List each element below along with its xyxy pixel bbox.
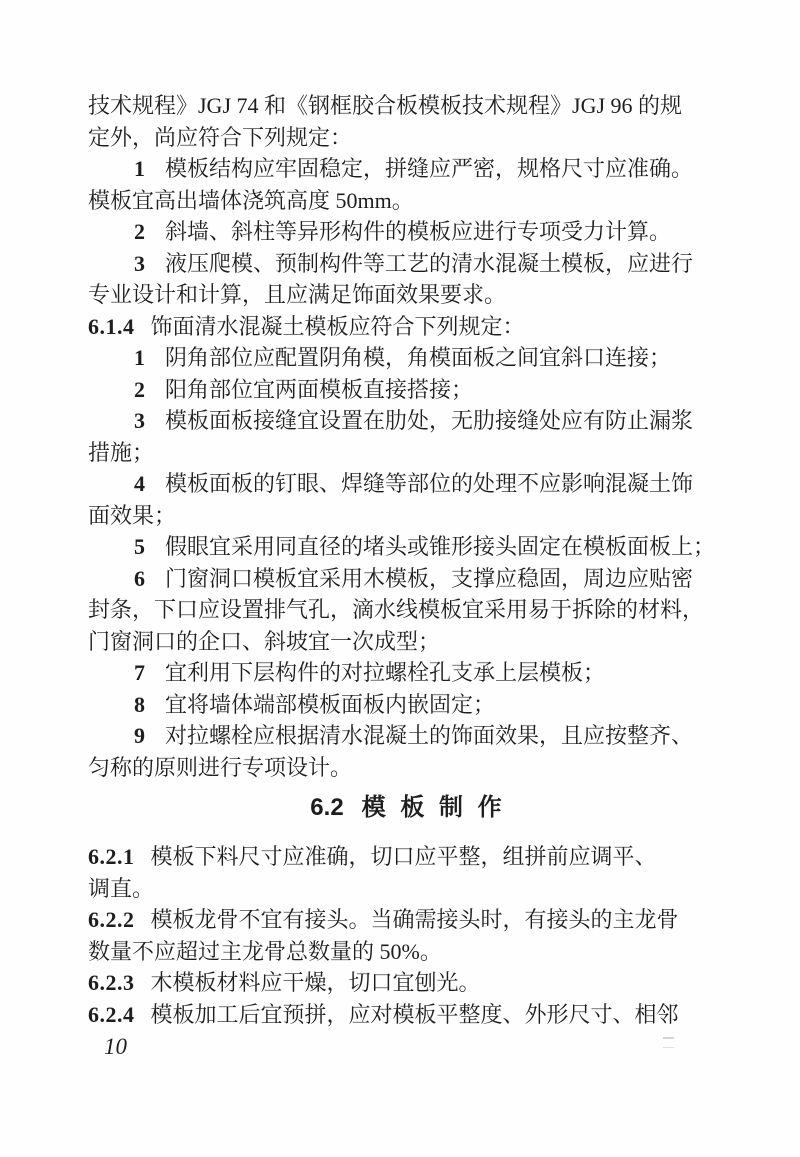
line-text: 模板面板的钉眼、焊缝等部位的处理不应影响混凝土饰 xyxy=(165,471,693,496)
list-item-line: 2斜墙、斜柱等异形构件的模板应进行专项受力计算。 xyxy=(88,216,728,248)
line-text: 液压爬模、预制构件等工艺的清水混凝土模板，应进行 xyxy=(165,251,693,276)
item-number: 8 xyxy=(134,692,145,717)
item-number: 4 xyxy=(134,471,145,496)
section-heading: 6.2模 板 制 作 xyxy=(88,791,728,825)
item-number: 6 xyxy=(134,566,145,591)
clause-line: 6.2.2模板龙骨不宜有接头。当确需接头时，有接头的主龙骨 xyxy=(88,904,728,936)
line-text: 措施； xyxy=(88,440,154,465)
list-item-line: 1模板结构应牢固稳定，拼缝应严密，规格尺寸应准确。 xyxy=(88,153,728,185)
line-text: 对拉螺栓应根据清水混凝土的饰面效果，且应按整齐、 xyxy=(165,723,693,748)
document-body: 技术规程》JGJ 74 和《钢框胶合板模板技术规程》JGJ 96 的规定外，尚应… xyxy=(88,90,728,1030)
line-text: 木模板材料应干燥，切口宜刨光。 xyxy=(151,970,481,995)
line-text: 调直。 xyxy=(88,876,154,901)
clause-line: 6.2.4模板加工后宜预拼，应对模板平整度、外形尺寸、相邻 xyxy=(88,999,728,1031)
text-line: 模板宜高出墙体浇筑高度 50mm。 xyxy=(88,185,728,217)
list-item-line: 3液压爬模、预制构件等工艺的清水混凝土模板，应进行 xyxy=(88,248,728,280)
clause-number: 6.2.3 xyxy=(88,970,135,995)
line-text: 假眼宜采用同直径的堵头或锥形接头固定在模板面板上； xyxy=(165,534,715,559)
text-line: 门窗洞口的企口、斜坡宜一次成型； xyxy=(88,626,728,658)
item-number: 3 xyxy=(134,408,145,433)
clause-number: 6.2.1 xyxy=(88,844,135,869)
clause-number: 6.2 xyxy=(310,794,343,821)
item-number: 3 xyxy=(134,251,145,276)
text-line: 专业设计和计算，且应满足饰面效果要求。 xyxy=(88,279,728,311)
clause-number: 6.2.4 xyxy=(88,1002,135,1027)
list-item-line: 5假眼宜采用同直径的堵头或锥形接头固定在模板面板上； xyxy=(88,531,728,563)
clause-line: 6.2.3木模板材料应干燥，切口宜刨光。 xyxy=(88,967,728,999)
item-number: 5 xyxy=(134,534,145,559)
list-item-line: 4模板面板的钉眼、焊缝等部位的处理不应影响混凝土饰 xyxy=(88,468,728,500)
item-number: 1 xyxy=(134,156,145,181)
line-text: 模板宜高出墙体浇筑高度 50mm。 xyxy=(88,188,414,213)
line-text: 专业设计和计算，且应满足饰面效果要求。 xyxy=(88,282,506,307)
line-text: 技术规程》JGJ 74 和《钢框胶合板模板技术规程》JGJ 96 的规 xyxy=(88,93,682,118)
item-number: 1 xyxy=(134,345,145,370)
line-text: 斜墙、斜柱等异形构件的模板应进行专项受力计算。 xyxy=(165,219,671,244)
line-text: 匀称的原则进行专项设计。 xyxy=(88,755,352,780)
line-text: 模板加工后宜预拼，应对模板平整度、外形尺寸、相邻 xyxy=(151,1002,679,1027)
list-item-line: 6门窗洞口模板宜采用木模板，支撑应稳固，周边应贴密 xyxy=(88,563,728,595)
line-text: 门窗洞口的企口、斜坡宜一次成型； xyxy=(88,629,440,654)
line-text: 宜利用下层构件的对拉螺栓孔支承上层模板； xyxy=(165,660,605,685)
clause-number: 6.2.2 xyxy=(88,907,135,932)
list-item-line: 8宜将墙体端部模板面板内嵌固定； xyxy=(88,689,728,721)
clause-line: 6.2.1模板下料尺寸应准确，切口应平整，组拼前应调平、 xyxy=(88,841,728,873)
scan-smudge-artifact xyxy=(663,1037,674,1048)
text-line: 面效果； xyxy=(88,500,728,532)
line-text: 封条，下口应设置排气孔，滴水线模板宜采用易于拆除的材料， xyxy=(88,597,704,622)
list-item-line: 1阴角部位应配置阴角模，角模面板之间宜斜口连接； xyxy=(88,342,728,374)
text-line: 调直。 xyxy=(88,873,728,905)
line-text: 模板面板接缝宜设置在肋处，无肋接缝处应有防止漏浆 xyxy=(165,408,693,433)
page-number: 10 xyxy=(104,1034,127,1060)
text-line: 匀称的原则进行专项设计。 xyxy=(88,752,728,784)
text-line: 定外，尚应符合下列规定： xyxy=(88,122,728,154)
text-line: 数量不应超过主龙骨总数量的 50%。 xyxy=(88,936,728,968)
line-text: 数量不应超过主龙骨总数量的 50%。 xyxy=(88,939,442,964)
list-item-line: 3模板面板接缝宜设置在肋处，无肋接缝处应有防止漏浆 xyxy=(88,405,728,437)
clause-number: 6.1.4 xyxy=(88,314,135,339)
text-line: 措施； xyxy=(88,437,728,469)
line-text: 定外，尚应符合下列规定： xyxy=(88,125,352,150)
line-text: 模板下料尺寸应准确，切口应平整，组拼前应调平、 xyxy=(151,844,657,869)
clause-line: 6.1.4饰面清水混凝土模板应符合下列规定： xyxy=(88,311,728,343)
list-item-line: 2阳角部位宜两面模板直接搭接； xyxy=(88,374,728,406)
line-text: 阴角部位应配置阴角模，角模面板之间宜斜口连接； xyxy=(165,345,671,370)
item-number: 2 xyxy=(134,377,145,402)
list-item-line: 7宜利用下层构件的对拉螺栓孔支承上层模板； xyxy=(88,657,728,689)
line-text: 模 板 制 作 xyxy=(362,794,506,821)
scanned-document-page: 技术规程》JGJ 74 和《钢框胶合板模板技术规程》JGJ 96 的规定外，尚应… xyxy=(0,0,800,1157)
text-line: 技术规程》JGJ 74 和《钢框胶合板模板技术规程》JGJ 96 的规 xyxy=(88,90,728,122)
item-number: 9 xyxy=(134,723,145,748)
item-number: 7 xyxy=(134,660,145,685)
line-text: 阳角部位宜两面模板直接搭接； xyxy=(165,377,473,402)
line-text: 宜将墙体端部模板面板内嵌固定； xyxy=(165,692,495,717)
line-text: 门窗洞口模板宜采用木模板，支撑应稳固，周边应贴密 xyxy=(165,566,693,591)
list-item-line: 9对拉螺栓应根据清水混凝土的饰面效果，且应按整齐、 xyxy=(88,720,728,752)
line-text: 模板龙骨不宜有接头。当确需接头时，有接头的主龙骨 xyxy=(151,907,679,932)
text-line: 封条，下口应设置排气孔，滴水线模板宜采用易于拆除的材料， xyxy=(88,594,728,626)
line-text: 模板结构应牢固稳定，拼缝应严密，规格尺寸应准确。 xyxy=(165,156,693,181)
line-text: 面效果； xyxy=(88,503,176,528)
item-number: 2 xyxy=(134,219,145,244)
line-text: 饰面清水混凝土模板应符合下列规定： xyxy=(151,314,525,339)
